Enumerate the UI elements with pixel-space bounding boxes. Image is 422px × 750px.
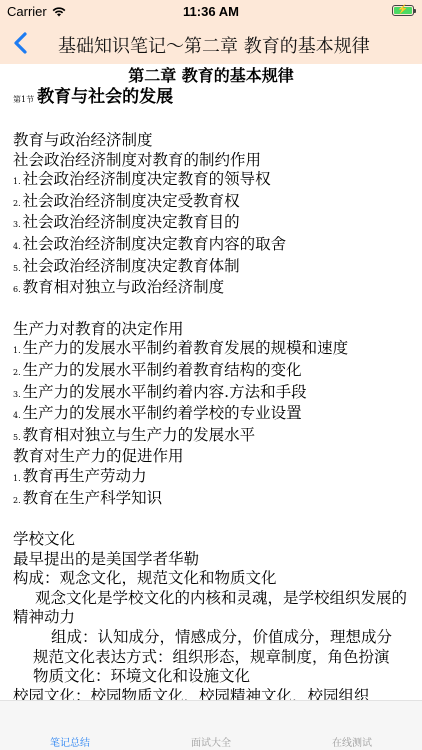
- tab-online-test[interactable]: 在线测试: [282, 734, 422, 749]
- paragraph: 物质文化：环境文化和设施文化: [13, 667, 409, 687]
- list-item: 4.生产力的发展水平制约着学校的专业设置: [13, 404, 409, 426]
- section-title-text: 教育与社会的发展: [37, 86, 173, 108]
- back-button[interactable]: [10, 28, 34, 58]
- paragraph: 观念文化是学校文化的内核和灵魂，是学校组织发展的精神动力: [13, 589, 409, 628]
- list-item: 2.社会政治经济制度决定受教育权: [13, 192, 409, 214]
- tab-interview-guide[interactable]: 面试大全: [141, 734, 281, 749]
- heading: 生产力对教育的决定作用: [13, 320, 409, 340]
- subheading: 社会政治经济制度对教育的制约作用: [13, 151, 409, 171]
- list-item: 3.社会政治经济制度决定教育目的: [13, 213, 409, 235]
- list-item: 4.社会政治经济制度决定教育内容的取舍: [13, 235, 409, 257]
- clock: 11:36 AM: [0, 4, 422, 19]
- note-content[interactable]: 第二章 教育的基本规律 第1节 教育与社会的发展 教育与政治经济制度 社会政治经…: [0, 64, 422, 700]
- list-item: 5.社会政治经济制度决定教育体制: [13, 257, 409, 279]
- paragraph: 组成：认知成分，情感成分，价值成分，理想成分: [13, 628, 409, 648]
- list-item: 5.教育相对独立与生产力的发展水平: [13, 426, 409, 448]
- page-title: 基础知识笔记～第二章 教育的基本规律: [58, 32, 370, 58]
- list-item: 2.教育在生产科学知识: [13, 489, 409, 511]
- paragraph: 最早提出的是美国学者华勒: [13, 550, 409, 570]
- list-item: 2.生产力的发展水平制约着教育结构的变化: [13, 361, 409, 383]
- tab-notes-summary[interactable]: 笔记总结: [0, 734, 140, 749]
- list-item: 3.生产力的发展水平制约着内容.方法和手段: [13, 383, 409, 405]
- list-item: 1.社会政治经济制度决定教育的领导权: [13, 170, 409, 192]
- paragraph: 构成：观念文化，规范文化和物质文化: [13, 569, 409, 589]
- heading: 学校文化: [13, 530, 409, 550]
- paragraph: 规范文化表达方式：组织形态，规章制度，角色扮演: [13, 648, 409, 668]
- chevron-left-icon: [10, 28, 34, 58]
- chapter-title: 第二章 教育的基本规律: [13, 66, 409, 86]
- section-number: 第1节: [13, 89, 34, 111]
- list-item: 1.教育再生产劳动力: [13, 467, 409, 489]
- subheading: 教育对生产力的促进作用: [13, 447, 409, 467]
- list-item: 1.生产力的发展水平制约着教育发展的规模和速度: [13, 339, 409, 361]
- heading: 教育与政治经济制度: [13, 131, 409, 151]
- status-bar: Carrier 11:36 AM ⚡: [0, 0, 422, 22]
- list-item: 6.教育相对独立与政治经济制度: [13, 278, 409, 300]
- paragraph: 校园文化：校园物质文化，校园精神文化，校园组织: [13, 687, 409, 700]
- battery-charging-icon: ⚡: [392, 5, 414, 16]
- navigation-bar: 基础知识笔记～第二章 教育的基本规律: [0, 22, 422, 65]
- section-title: 第1节 教育与社会的发展: [13, 86, 409, 111]
- tab-bar: 笔记总结 面试大全 在线测试: [0, 700, 422, 750]
